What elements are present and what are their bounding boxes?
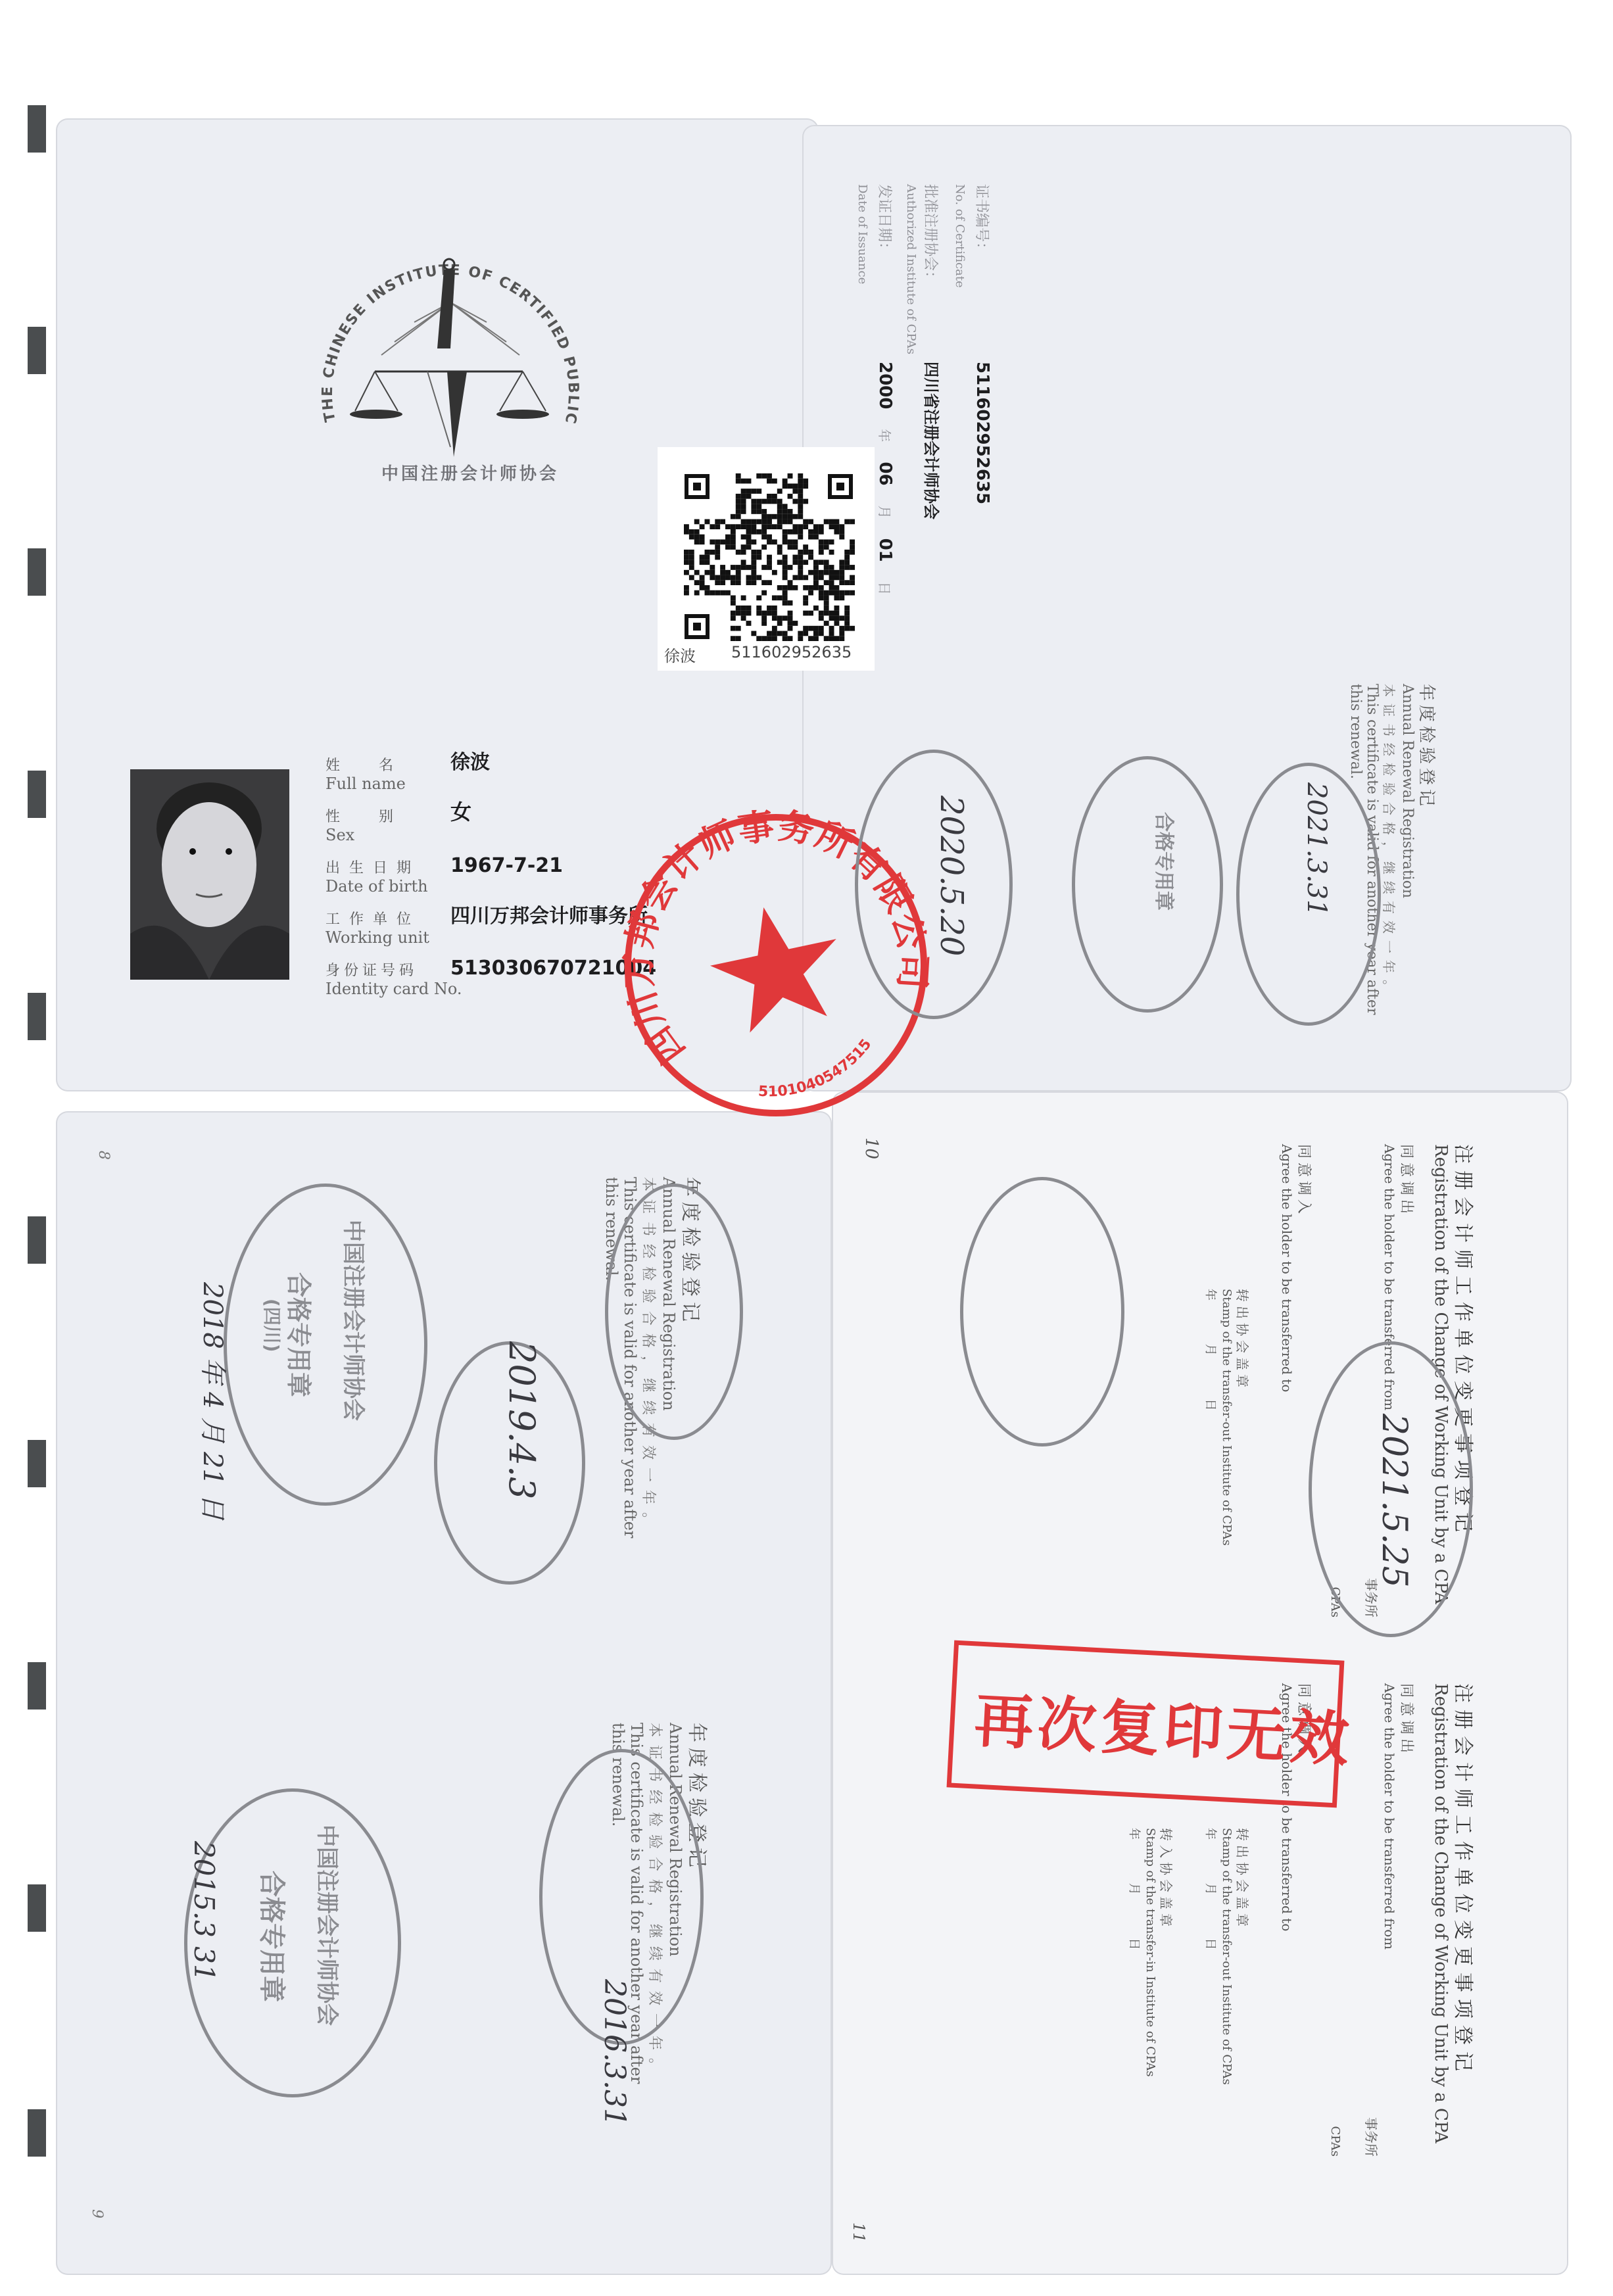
emblem-cn-text: 中国注册会计师协会	[381, 460, 559, 485]
authorized-value: 四川省注册会计师协会	[921, 362, 944, 519]
out-stamp-label: 转出协会盖章	[1234, 1144, 1253, 1617]
dob-label: 出生日期	[325, 857, 450, 877]
renewal-title-en: Annual Renewal Registration	[1399, 684, 1416, 1026]
agree-in-label-en: Agree the holder to be transferred to	[1279, 1144, 1295, 1617]
id-label-en: Identity card No.	[325, 980, 667, 999]
page-number-9: 9	[89, 2209, 105, 2218]
qr-holder-name: 徐波	[664, 643, 696, 666]
page-number-8: 8	[95, 1151, 112, 1160]
sex-label: 性 别	[325, 805, 450, 826]
dob-value: 1967-7-21	[450, 854, 563, 877]
issue-month: 06	[875, 462, 895, 485]
issue-day: 01	[875, 538, 895, 562]
renewal-stamp-8-date: 2016.3.31	[598, 1979, 631, 2126]
authorized-label-en: Authorized Institute of CPAs	[896, 184, 918, 595]
transfer-title-en-2: Registration of the Change of Working Un…	[1431, 1683, 1451, 2157]
out-date-label: 年 月 日	[1203, 1144, 1220, 1617]
id-label: 身份证号码	[325, 959, 450, 980]
renewal-stamp-5-date: 2019.4.3	[501, 1341, 542, 1499]
issue-date-label: 发证日期：	[875, 184, 896, 322]
renewal-note: 本证书经检验合格，继续有效一年。	[1380, 684, 1399, 1026]
stamp-4-inner: 合格专用章	[283, 1272, 319, 1397]
name-label-en: Full name	[325, 775, 667, 794]
renewal-stamp-2: 合格专用章	[1072, 756, 1223, 1013]
qr-code-icon	[684, 473, 855, 641]
renewal-stamp-4-date: 2018 年 4 月 21 日	[196, 1282, 233, 1520]
agree-in-label: 同意调入	[1295, 1144, 1315, 1617]
out-stamp-label-en: Stamp of the transfer-out Institute of C…	[1220, 1144, 1234, 1617]
renewal-title: 年度检验登记	[1416, 684, 1440, 1026]
cicpa-emblem: THE CHINESE INSTITUTE OF CERTIFIED PUBLI…	[309, 224, 592, 500]
transfer-date: 2021.5.25	[1374, 1414, 1414, 1588]
unit-label: 工作单位	[325, 908, 450, 928]
cert-no-label: 证书编号：	[973, 184, 993, 322]
sex-value: 女	[450, 796, 471, 826]
star-icon	[700, 894, 852, 1038]
renewal-stamp-7-date: 2015.3 31	[188, 1841, 220, 1982]
agree-out-label-en-2: Agree the holder to be transferred from	[1382, 1683, 1397, 2157]
scales-and-sword-emblem-icon: THE CHINESE INSTITUTE OF CERTIFIED PUBLI…	[309, 224, 592, 500]
stamp-2-inner: 合格专用章	[1151, 812, 1180, 911]
renewal-stamp-4: 中国注册会计师协会 合格专用章 (四川)	[224, 1184, 427, 1506]
transfer-stamp-2	[960, 1177, 1124, 1447]
qr-number: 511602952635	[731, 643, 852, 661]
month-unit: 月	[876, 506, 895, 519]
day-unit: 日	[876, 582, 895, 595]
year-unit: 年	[876, 429, 895, 442]
authorized-label: 批准注册协会：	[921, 184, 942, 322]
copy-invalid-stamp: 再次复印无效	[947, 1640, 1345, 1808]
firm-label-2: 事务所	[1342, 2117, 1382, 2157]
transfer-title-2: 注册会计师工作单位变更事项登记	[1451, 1683, 1480, 2157]
page-number-10: 10	[861, 1137, 881, 1159]
name-value: 徐波	[450, 746, 490, 775]
stamp-4-outer: 中国注册会计师协会	[339, 1220, 372, 1421]
copy-invalid-text: 再次复印无效	[973, 1672, 1355, 1777]
page-number-11: 11	[850, 2222, 868, 2243]
agree-out-label-2: 同意调出	[1397, 1683, 1418, 2157]
renewal-stamp-1-date: 2020.5.20	[933, 796, 970, 956]
renewal-stamp-3-date: 2021.3.31	[1301, 782, 1332, 917]
portrait-icon	[130, 769, 289, 980]
holder-photo	[130, 769, 289, 980]
certificate-info: 证书编号： 511602952635 No. of Certificate 批准…	[855, 184, 993, 595]
issue-year: 2000	[875, 362, 895, 409]
renewal-stamp-6	[605, 1184, 743, 1440]
stamp-7-outer: 中国注册会计师协会	[313, 1825, 345, 2026]
stamp-4-region: (四川)	[260, 1299, 286, 1352]
qr-block: 徐波 511602952635	[658, 447, 875, 671]
cert-no-value: 511602952635	[973, 362, 992, 504]
svg-text:5101040547515: 5101040547515	[749, 1034, 882, 1106]
stamp-7-inner: 合格专用章	[255, 1871, 293, 2002]
name-label: 姓 名	[325, 754, 450, 775]
cert-no-label-en: No. of Certificate	[944, 184, 967, 595]
